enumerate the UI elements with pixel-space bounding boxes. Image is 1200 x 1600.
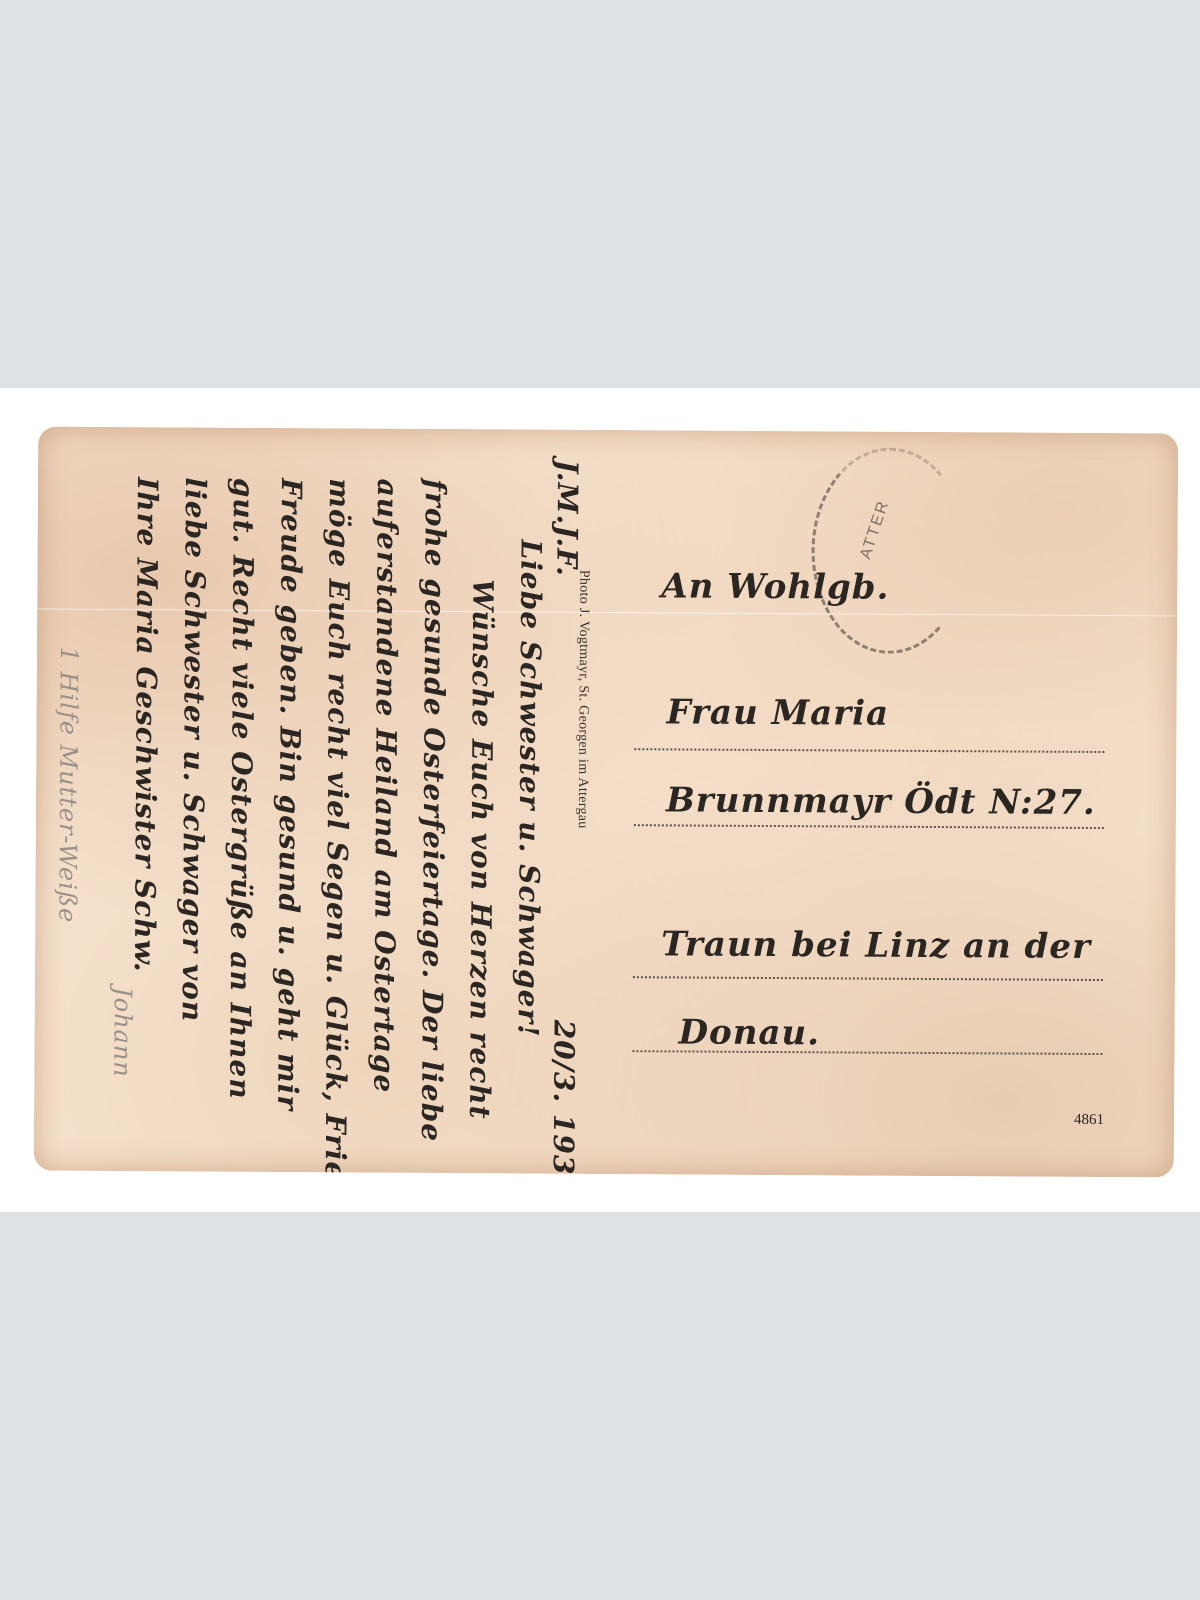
address-line-salutation: An Wohlgb. xyxy=(661,566,889,607)
message-line: möge Euch recht viel Segen u. Glück, Fri… xyxy=(318,478,356,1177)
postmark-stamp: ATTER xyxy=(811,447,968,654)
message-line: Wünsche Euch von Herzen recht xyxy=(463,579,499,1120)
address-line-street: Brunnmayr Ödt N:27. xyxy=(666,780,1096,823)
address-rule xyxy=(634,824,1104,829)
card-number: 4861 xyxy=(1074,1112,1104,1129)
message-line: liebe Schwester u. Schwager von xyxy=(176,477,212,1022)
message-line: Freude geben. Bin gesund u. geht mir xyxy=(271,478,308,1111)
address-rule xyxy=(634,748,1104,753)
image-viewer-canvas: J.M.J.F. 20/3. 1932. Liebe Schwester u. … xyxy=(0,388,1200,1212)
address-line-region: Donau. xyxy=(678,1012,820,1053)
photo-credit: Photo J. Vogtmayr, St. Georgen im Atterg… xyxy=(574,570,592,829)
postcard-back: J.M.J.F. 20/3. 1932. Liebe Schwester u. … xyxy=(34,427,1179,1178)
message-salutation: Liebe Schwester u. Schwager! xyxy=(512,539,548,1037)
address-line-name: Frau Maria xyxy=(666,692,889,733)
message-line: Ihre Maria Geschwister Schw. xyxy=(128,477,164,973)
pencil-note: 1 Hilfe Mutter-Weiße xyxy=(53,647,83,924)
message-line: auferstandene Heiland am Ostertage xyxy=(367,479,404,1094)
address-rule xyxy=(632,1050,1102,1055)
message-header: J.M.J.F. xyxy=(550,460,584,577)
handwritten-message: J.M.J.F. 20/3. 1932. Liebe Schwester u. … xyxy=(44,447,608,1150)
message-date: 20/3. 1932. xyxy=(547,1020,581,1178)
message-line: frohe gesunde Osterfeiertage. Der liebe xyxy=(415,479,452,1142)
address-line-city: Traun bei Linz an der xyxy=(661,924,1091,967)
postmark-text: ATTER xyxy=(857,498,893,562)
pencil-signature: Johann xyxy=(108,987,137,1078)
address-rule xyxy=(633,976,1103,981)
message-line: gut. Recht viele Ostergrüße an Ihnen xyxy=(223,478,260,1100)
